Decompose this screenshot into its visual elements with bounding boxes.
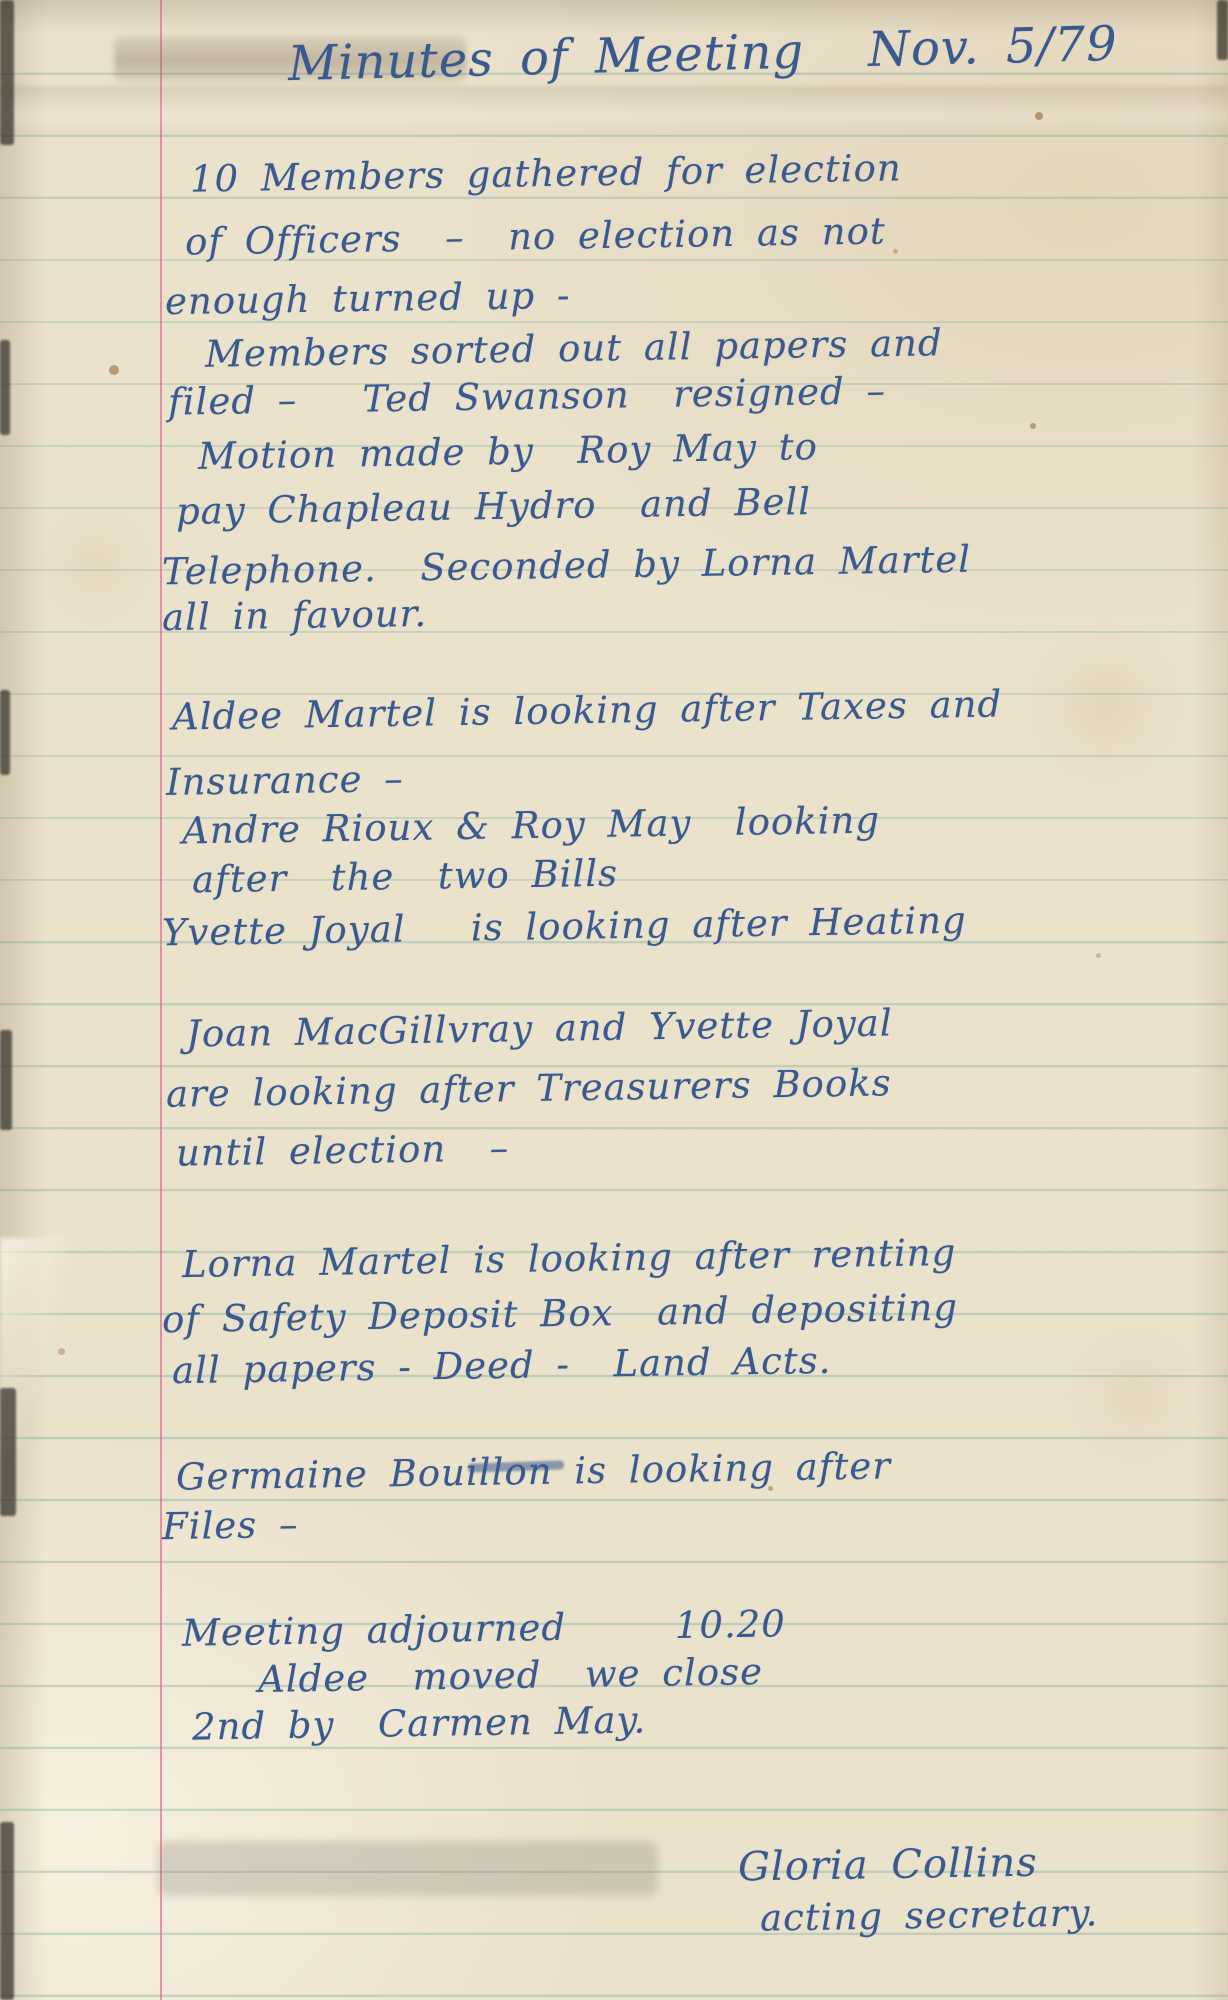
paper-smudge-bottom [158,1841,658,1896]
page-edge-shadow [0,340,10,435]
document-date: Nov. 5/79 [867,16,1118,78]
ink-speck [58,1348,65,1355]
ink-speck [1035,112,1043,120]
handwritten-line: Insurance – [166,757,404,804]
page-edge-shadow [1217,0,1228,60]
ink-speck [893,249,898,254]
signature-role: acting secretary. [760,1891,1099,1939]
handwritten-line: after the two Bills [192,852,619,902]
handwritten-line: until election – [176,1126,510,1174]
page-edge-shadow [0,0,14,145]
handwritten-line: enough turned up - [165,274,571,323]
ink-speck [1096,953,1101,958]
margin-line [160,0,162,2000]
handwritten-line: Aldee moved we close [258,1650,764,1701]
handwritten-line: all in favour. [162,592,428,639]
page-edge-shadow [0,1822,14,2000]
ink-speck [1030,423,1036,429]
signature-name: Gloria Collins [738,1840,1038,1891]
page-edge-shadow [0,1388,16,1516]
notebook-page: Minutes of Meeting Nov. 5/79 10 Members … [0,0,1228,2000]
handwritten-line: Files – [162,1503,299,1548]
page-edge-shadow [0,1030,12,1130]
page-edge-shadow [0,690,10,775]
paper-crease [0,86,1228,136]
handwritten-line: 2nd by Carmen May. [192,1698,647,1748]
ink-speck [109,365,119,375]
